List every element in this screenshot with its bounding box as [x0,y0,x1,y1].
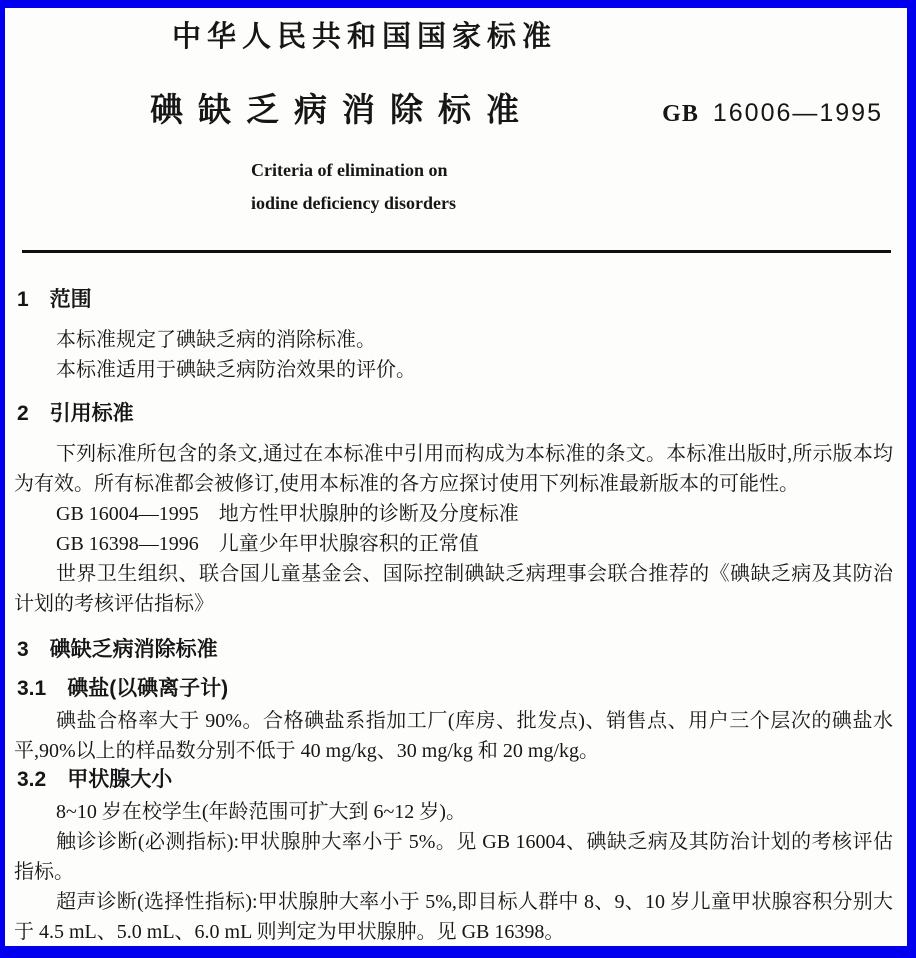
document-title-chinese: 碘缺乏病消除标准 [150,90,534,130]
iodized-salt-paragraph: 碘盐合格率大于 90%。合格碘盐系指加工厂(库房、批发点)、销售点、用户三个层次… [14,706,893,766]
section-criteria-heading: 3 碘缺乏病消除标准 [17,637,893,663]
referenced-standard-gb16004: GB 16004—1995 地方性甲状腺肿的诊断及分度标准 [14,499,893,529]
thyroid-ultrasound-paragraph: 超声诊断(选择性指标):甲状腺肿大率小于 5%,即目标人群中 8、9、10 岁儿… [14,887,893,947]
thyroid-target-population-paragraph: 8~10 岁在校学生(年龄范围可扩大到 6~12 岁)。 [14,797,893,827]
standard-code-number: 16006—1995 [713,99,883,127]
title-english-line2: iodine deficiency disorders [251,187,893,220]
subsection-thyroid-size-heading: 3.2 甲状腺大小 [17,766,893,793]
thyroid-palpation-paragraph: 触诊诊断(必测指标):甲状腺肿大率小于 5%。见 GB 16004、碘缺乏病及其… [14,827,893,887]
section-references-heading: 2 引用标准 [17,401,893,427]
standard-code: GB 16006—1995 [662,99,883,128]
subsection-iodized-salt-heading: 3.1 碘盐(以碘离子计) [17,675,893,702]
header-divider [22,250,891,253]
referenced-document-who: 世界卫生组织、联合国儿童基金会、国际控制碘缺乏病理事会联合推荐的《碘缺乏病及其防… [14,559,893,619]
document-title-english: Criteria of elimination on iodine defici… [251,154,893,220]
standard-document-page: 中华人民共和国国家标准 碘缺乏病消除标准 GB 16006—1995 Crite… [0,0,916,958]
section-scope-heading: 1 范围 [17,287,893,313]
scope-paragraph: 本标准规定了碘缺乏病的消除标准。 [14,325,893,355]
references-intro-paragraph: 下列标准所包含的条文,通过在本标准中引用而构成为本标准的条文。本标准出版时,所示… [14,439,893,499]
national-standard-label: 中华人民共和国国家标准 [172,20,893,54]
standard-code-prefix: GB [662,101,699,127]
scope-paragraph: 本标准适用于碘缺乏病防治效果的评价。 [14,355,893,385]
page-content: 中华人民共和国国家标准 碘缺乏病消除标准 GB 16006—1995 Crite… [5,8,907,947]
title-row: 碘缺乏病消除标准 GB 16006—1995 [14,90,893,130]
title-english-line1: Criteria of elimination on [251,154,893,187]
referenced-standard-gb16398: GB 16398—1996 儿童少年甲状腺容积的正常值 [14,529,893,559]
